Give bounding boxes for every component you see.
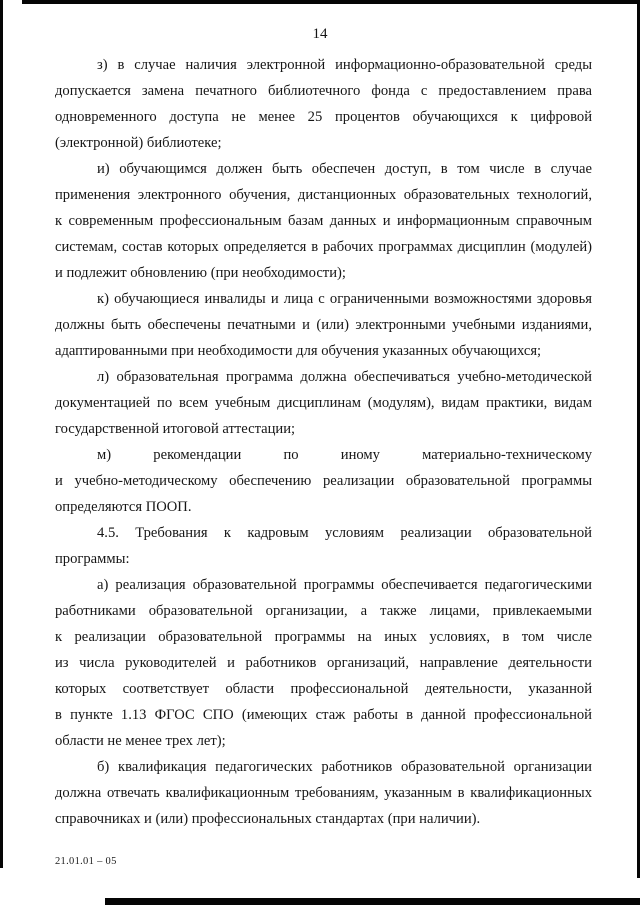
paragraph-line: б) квалификация педагогических работнико… xyxy=(55,754,592,780)
scan-edge-left xyxy=(0,0,3,868)
paragraph-line: к) обучающиеся инвалиды и лица с огранич… xyxy=(55,286,592,312)
paragraph-line: к реализации образовательной программы н… xyxy=(55,624,592,650)
paragraph-line: и учебно-методическому обеспечению реали… xyxy=(55,468,592,494)
paragraph-line: применения электронного обучения, дистан… xyxy=(55,182,592,208)
paragraph-line: к современным профессиональным базам дан… xyxy=(55,208,592,234)
paragraph-line: м) рекомендации по иному материально-тех… xyxy=(55,442,592,468)
paragraph-line: из числа руководителей и работников орга… xyxy=(55,650,592,676)
paragraph-line: государственной итоговой аттестации; xyxy=(55,416,592,442)
page-number: 14 xyxy=(0,26,640,43)
paragraph-line: адаптированными при необходимости для об… xyxy=(55,338,592,364)
paragraph-line: которых соответствует области профессион… xyxy=(55,676,592,702)
paragraph-line: определяются ПООП. xyxy=(55,494,592,520)
paragraph-line: справочниках и (или) профессиональных ст… xyxy=(55,806,592,832)
paragraph-line: в пункте 1.13 ФГОС СПО (имеющих стаж раб… xyxy=(55,702,592,728)
paragraph-line: допускается замена печатного библиотечно… xyxy=(55,78,592,104)
paragraph-line: документацией по всем учебным дисциплина… xyxy=(55,390,592,416)
footer-document-code: 21.01.01 – 05 xyxy=(55,856,117,867)
paragraph-line: должна отвечать квалификационным требова… xyxy=(55,780,592,806)
paragraph-line: одновременного доступа не менее 25 проце… xyxy=(55,104,592,130)
scan-edge-bottom xyxy=(105,898,640,905)
document-body: з) в случае наличия электронной информац… xyxy=(55,52,592,832)
paragraph-line: должны быть обеспечены печатными и (или)… xyxy=(55,312,592,338)
paragraph-line: области не менее трех лет); xyxy=(55,728,592,754)
paragraph-line: (электронной) библиотеке; xyxy=(55,130,592,156)
paragraph-line: а) реализация образовательной программы … xyxy=(55,572,592,598)
paragraph-line: л) образовательная программа должна обес… xyxy=(55,364,592,390)
scan-edge-top xyxy=(22,0,640,4)
paragraph-line: 4.5. Требования к кадровым условиям реал… xyxy=(55,520,592,546)
paragraph-line: работниками образовательной организации,… xyxy=(55,598,592,624)
paragraph-line: системам, состав которых определяется в … xyxy=(55,234,592,260)
paragraph-line: программы: xyxy=(55,546,592,572)
paragraph-line: и подлежит обновлению (при необходимости… xyxy=(55,260,592,286)
paragraph-line: и) обучающимся должен быть обеспечен дос… xyxy=(55,156,592,182)
paragraph-line: з) в случае наличия электронной информац… xyxy=(55,52,592,78)
